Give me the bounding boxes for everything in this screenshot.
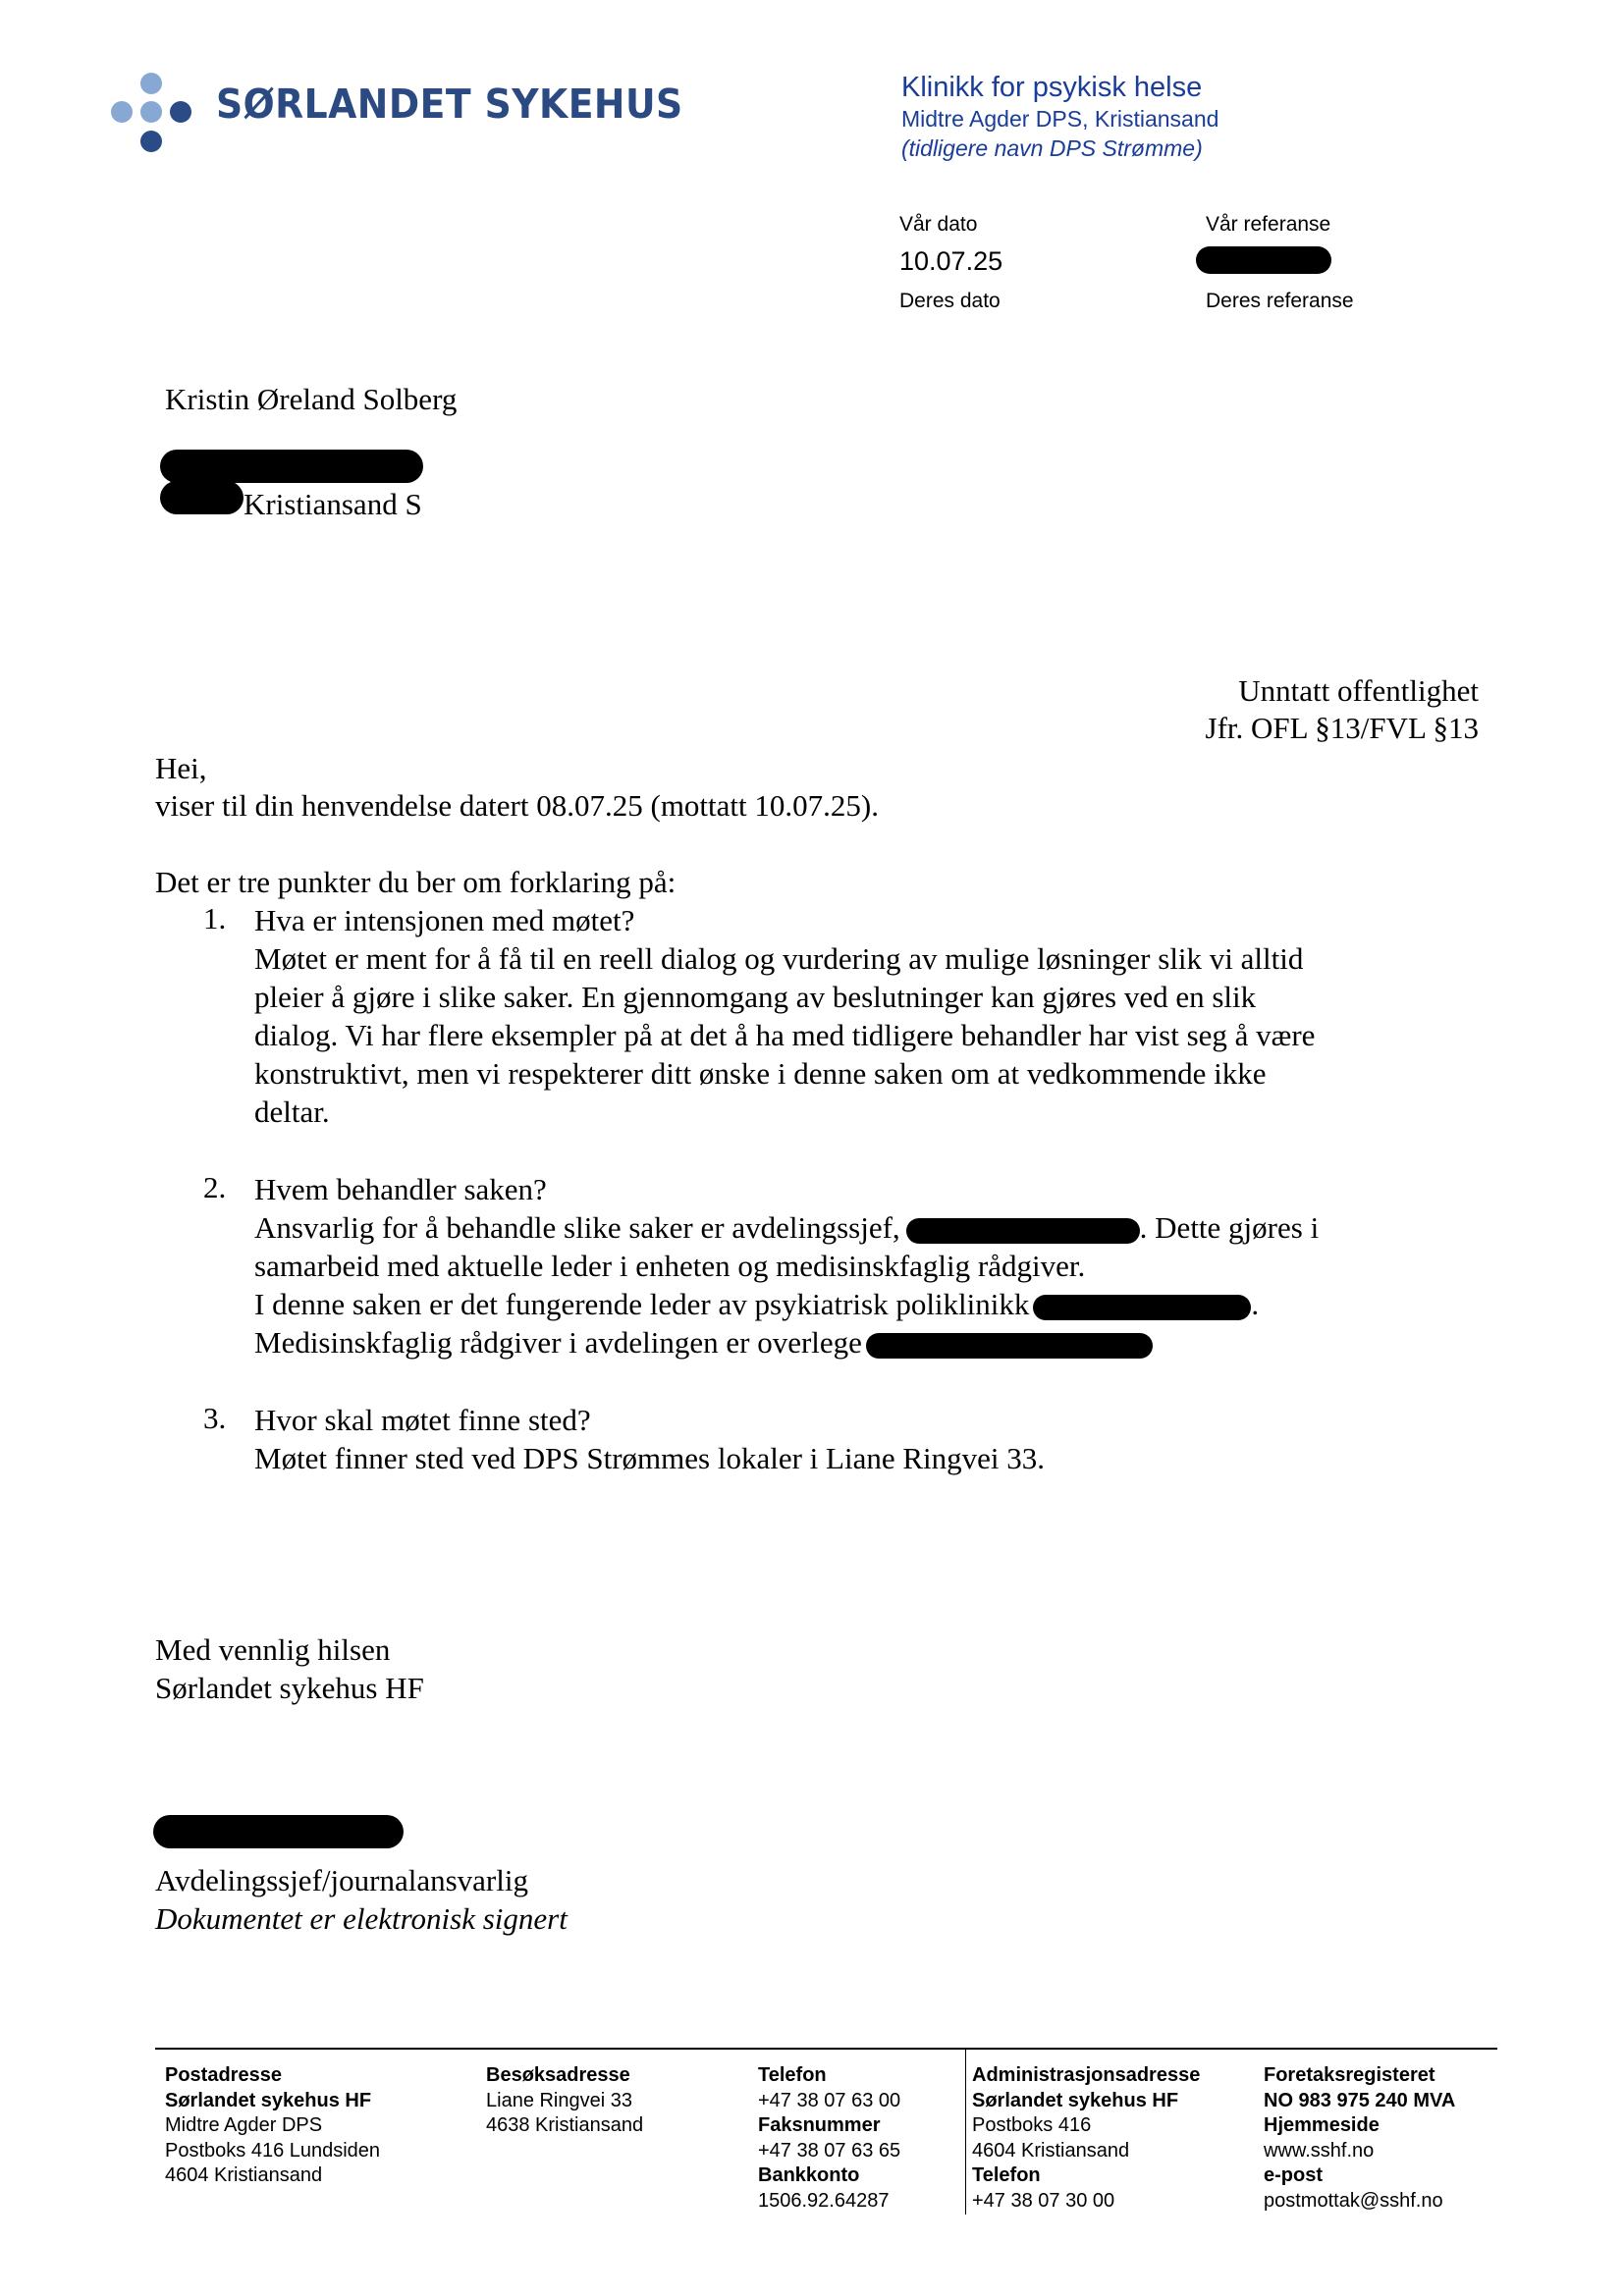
our-reference-label: Vår referanse (1206, 213, 1330, 237)
point-1-number: 1. (203, 901, 226, 936)
department-head-name-redaction (906, 1218, 1140, 1244)
our-reference-redaction (1196, 246, 1331, 274)
email-link[interactable]: postmottak@sshf.no (1264, 2189, 1455, 2215)
point-1-answer-line: konstruktivt, men vi respekterer ditt øn… (254, 1054, 1315, 1093)
closing: Med vennlig hilsen (155, 1630, 390, 1669)
department-former-name: (tidligere navn DPS Strømme) (901, 135, 1203, 162)
point-3-number: 3. (203, 1401, 226, 1436)
footer-visiting-address: Besøksadresse Liane Ringvei 33 4638 Kris… (486, 2063, 643, 2139)
logo-dot-right (170, 101, 191, 123)
department-unit: Midtre Agder DPS, Kristiansand (901, 106, 1218, 133)
logo-dot-bottom (140, 131, 162, 152)
lead-line: Det er tre punkter du ber om forklaring … (155, 863, 676, 901)
point-1-answer-line: Møtet er ment for å få til en reell dial… (254, 939, 1315, 978)
point-2-answer-line: Medisinskfaglig rådgiver i avdelingen er… (254, 1323, 1319, 1362)
recipient-address-redaction (160, 450, 423, 483)
recipient-name: Kristin Øreland Solberg (165, 380, 457, 418)
sender-organization: Sørlandet sykehus HF (155, 1669, 424, 1707)
recipient-city: Kristiansand S (244, 485, 422, 523)
classification-line-1: Unntatt offentlighet (1238, 671, 1479, 710)
recipient-postcode-redaction (160, 481, 244, 514)
greeting: Hei, (155, 749, 207, 787)
footer-postal-address: Postadresse Sørlandet sykehus HF Midtre … (165, 2063, 380, 2189)
point-1-question: Hva er intensjonen med møtet? (254, 901, 1315, 939)
your-reference-label: Deres referanse (1206, 290, 1354, 313)
signer-name-redaction (153, 1815, 404, 1848)
footer-contact: Telefon +47 38 07 63 00 Faksnummer +47 3… (758, 2063, 900, 2214)
footer-admin-address: Administrasjonsadresse Sørlandet sykehus… (972, 2063, 1200, 2214)
point-2-answer-line: samarbeid med aktuelle leder i enheten o… (254, 1247, 1319, 1285)
signature-note: Dokumentet er elektronisk signert (155, 1899, 568, 1938)
point-3-answer-line: Møtet finner sted ved DPS Strømmes lokal… (254, 1439, 1045, 1477)
point-2-answer-line: I denne saken er det fungerende leder av… (254, 1285, 1319, 1323)
our-date-value: 10.07.25 (899, 246, 1002, 277)
point-1-answer-line: pleier å gjøre i slike saker. En gjennom… (254, 978, 1315, 1016)
department-title: Klinikk for psykisk helse (901, 72, 1202, 104)
classification-line-2: Jfr. OFL §13/FVL §13 (1206, 709, 1479, 747)
point-3: Hvor skal møtet finne sted? Møtet finner… (254, 1401, 1045, 1477)
logo-dot-top (140, 73, 162, 94)
point-2-answer-line: Ansvarlig for å behandle slike saker er … (254, 1208, 1319, 1247)
website-link[interactable]: www.sshf.no (1264, 2139, 1455, 2164)
footer-column-divider (965, 2048, 966, 2215)
logo-dot-center (140, 101, 162, 123)
signer-title: Avdelingssjef/journalansvarlig (155, 1861, 528, 1899)
point-2: Hvem behandler saken? Ansvarlig for å be… (254, 1170, 1319, 1362)
logo-wordmark: SØRLANDET SYKEHUS (216, 80, 683, 128)
point-1: Hva er intensjonen med møtet? Møtet er m… (254, 901, 1315, 1131)
point-1-answer-line: deltar. (254, 1093, 1315, 1131)
our-date-label: Vår dato (899, 213, 977, 237)
footer-registry: Foretaksregisteret NO 983 975 240 MVA Hj… (1264, 2063, 1455, 2214)
point-1-answer-line: dialog. Vi har flere eksempler på at det… (254, 1016, 1315, 1054)
intro-line: viser til din henvendelse datert 08.07.2… (155, 786, 879, 825)
footer-divider (155, 2048, 1497, 2050)
senior-physician-name-redaction (866, 1333, 1153, 1359)
your-date-label: Deres dato (899, 290, 1001, 313)
acting-leader-name-redaction (1033, 1295, 1251, 1320)
point-2-number: 2. (203, 1170, 226, 1205)
point-3-question: Hvor skal møtet finne sted? (254, 1401, 1045, 1439)
logo-dot-left (111, 101, 133, 123)
point-2-question: Hvem behandler saken? (254, 1170, 1319, 1208)
